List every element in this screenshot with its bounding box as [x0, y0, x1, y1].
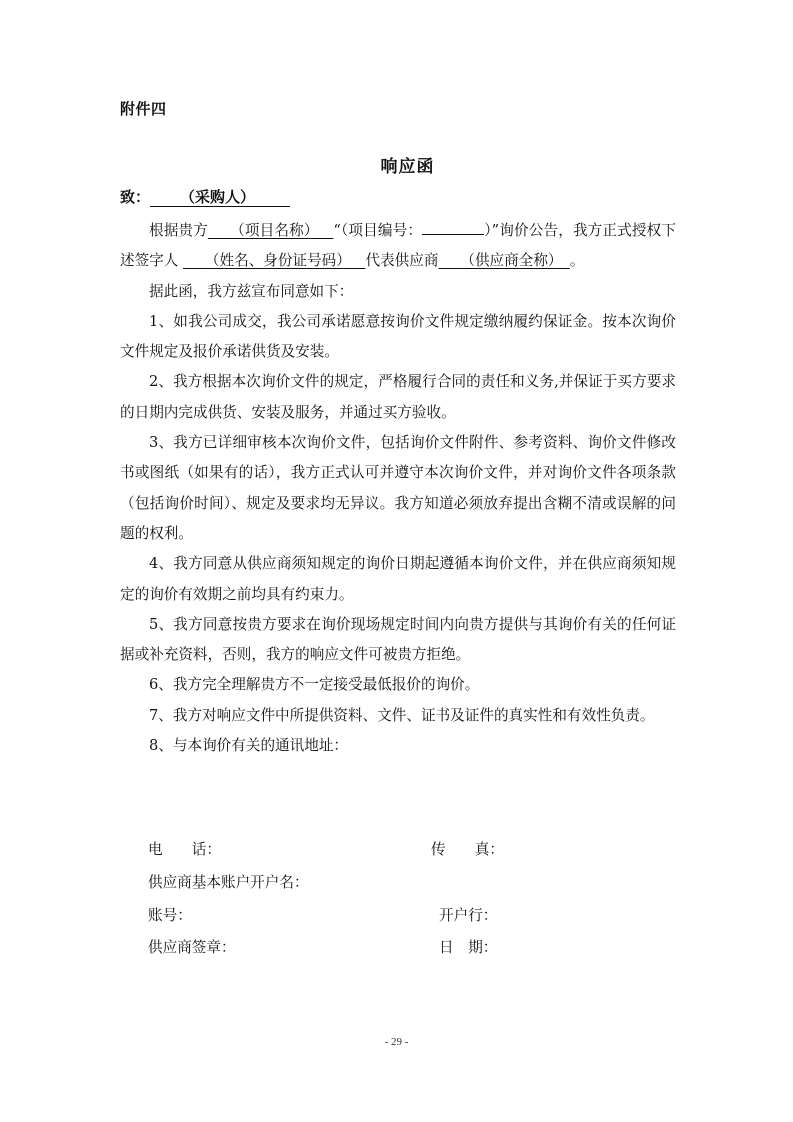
addressee-line: 致：（采购人）	[120, 186, 290, 207]
letter-body: 根据贵方 （项目名称） “（项目编号：）”询价公告，我方正式授权下述签字人 （姓…	[120, 216, 676, 761]
date-field: 日 期：	[439, 936, 497, 957]
clause-8: 8、与本询价有关的通讯地址：	[120, 731, 676, 761]
addressee-label: 致：	[120, 188, 150, 206]
document-page: 附件四 响应函 致：（采购人） 根据贵方 （项目名称） “（项目编号：）”询价公…	[0, 0, 793, 1122]
supplier-name-field: （供应商全称）	[438, 252, 569, 269]
intro-text: 根据贵方	[149, 222, 208, 239]
clause-4: 4、我方同意从供应商须知规定的询价日期起遵循本询价文件，并在供应商须知规定的询价…	[120, 549, 676, 610]
project-name-field: （项目名称）	[208, 222, 333, 239]
clause-5: 5、我方同意按贵方要求在询价现场规定时间内向贵方提供与其询价有关的任何证据或补充…	[120, 610, 676, 671]
clause-6: 6、我方完全理解贵方不一定接受最低报价的询价。	[120, 670, 676, 700]
attachment-label: 附件四	[120, 98, 167, 119]
intro-text: “（项目编号：	[333, 222, 422, 239]
account-number-field: 账号：	[148, 904, 192, 925]
project-number-blank	[422, 220, 484, 235]
declaration: 据此函，我方兹宣布同意如下：	[120, 277, 676, 307]
clause-1: 1、如我公司成交，我公司承诺愿意按询价文件规定缴纳履约保证金。按本次询价文件规定…	[120, 307, 676, 368]
signer-field: （姓名、身份证号码）	[183, 252, 365, 269]
document-title: 响应函	[0, 152, 793, 177]
intro-text: 代表供应商	[365, 252, 438, 269]
clause-2: 2、我方根据本次询价文件的规定，严格履行合同的责任和义务,并保证于买方要求的日期…	[120, 367, 676, 428]
page-number: - 29 -	[0, 1036, 793, 1048]
recipient-field: （采购人）	[150, 188, 290, 207]
fax-field: 传 真：	[431, 838, 504, 859]
clause-7: 7、我方对响应文件中所提供资料、文件、证书及证件的真实性和有效性负责。	[120, 701, 676, 731]
phone-field: 电 话：	[148, 838, 221, 859]
intro-paragraph: 根据贵方 （项目名称） “（项目编号：）”询价公告，我方正式授权下述签字人 （姓…	[120, 216, 676, 277]
intro-text: 。	[570, 252, 585, 269]
clause-3: 3、我方已详细审核本次询价文件，包括询价文件附件、参考资料、询价文件修改书或图纸…	[120, 428, 676, 549]
account-name-field: 供应商基本账户开户名：	[148, 871, 309, 892]
seal-field: 供应商签章：	[148, 936, 236, 957]
bank-field: 开户行：	[439, 904, 497, 925]
